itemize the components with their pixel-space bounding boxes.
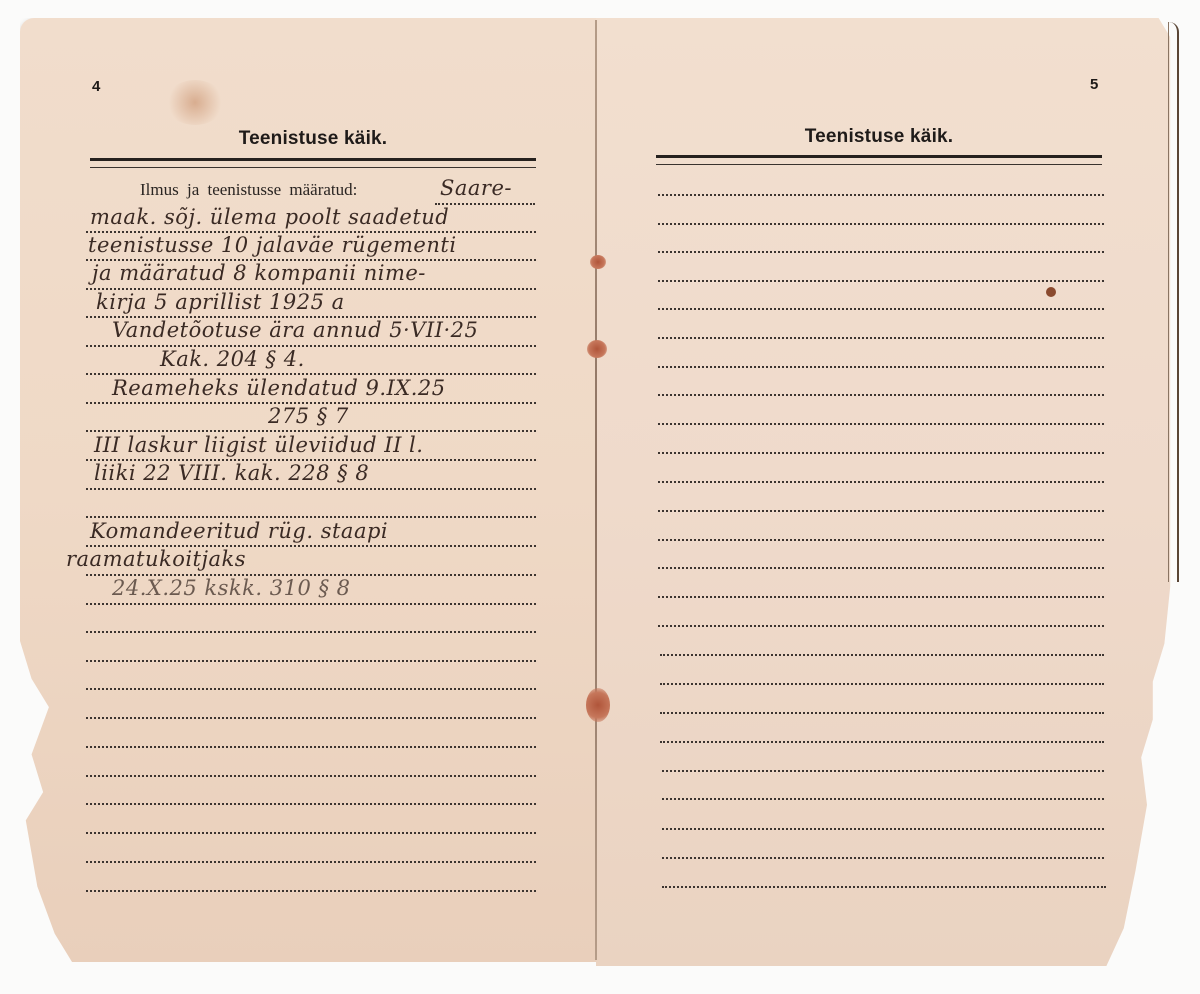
ruled-line <box>658 308 1104 310</box>
ruled-line <box>86 660 536 662</box>
ruled-line <box>660 712 1104 714</box>
ruled-line <box>658 366 1104 368</box>
title-double-rule-left <box>90 158 536 168</box>
ruled-line <box>658 452 1104 454</box>
ruled-line <box>86 631 536 633</box>
ruled-line <box>662 798 1104 800</box>
ruled-line <box>658 510 1104 512</box>
ruled-line <box>662 770 1104 772</box>
handwritten-entry: ja määratud 8 kompanii nime- <box>92 261 426 285</box>
handwritten-entry: teenistusse 10 jalaväe rügementi <box>88 233 457 257</box>
book-spine <box>595 20 597 960</box>
ruled-line <box>658 596 1104 598</box>
ruled-line <box>86 861 536 863</box>
ruled-line <box>658 423 1104 425</box>
handwritten-entry: Kak. 204 § 4. <box>160 347 305 371</box>
rust-staple-mark <box>586 688 610 722</box>
handwritten-entry: Reameheks ülendatud 9.IX.25 <box>112 376 446 400</box>
handwritten-entry: III laskur liigist üleviidud II l. <box>94 433 423 457</box>
ruled-line <box>86 430 536 432</box>
ruled-line <box>660 683 1104 685</box>
rust-staple-mark <box>587 340 607 358</box>
handwritten-entry: Saare- <box>440 176 512 200</box>
open-booklet: 4 Teenistuse käik. Ilmus ja teenistusse … <box>0 0 1200 994</box>
handwritten-entry: kirja 5 aprillist 1925 a <box>96 290 345 314</box>
ruled-line <box>86 688 536 690</box>
ruled-line <box>658 394 1104 396</box>
ruled-line <box>86 717 536 719</box>
ruled-line <box>86 803 536 805</box>
ruled-line <box>662 886 1106 888</box>
ruled-line <box>658 251 1104 253</box>
printed-label-ilmus: Ilmus ja teenistusse määratud: <box>140 180 357 200</box>
ruled-line <box>658 194 1104 196</box>
ruled-line <box>662 857 1104 859</box>
ruled-line <box>658 625 1104 627</box>
ruled-line <box>662 828 1104 830</box>
ruled-line <box>660 654 1104 656</box>
ruled-line <box>658 567 1104 569</box>
ruled-line <box>435 203 535 205</box>
ruled-line <box>86 746 536 748</box>
ruled-line <box>86 345 536 347</box>
ruled-line <box>86 890 536 892</box>
rust-staple-mark <box>590 255 606 269</box>
handwritten-entry: liiki 22 VIII. kak. 228 § 8 <box>94 461 369 485</box>
handwritten-entry: raamatukoitjaks <box>66 547 246 571</box>
ruled-line <box>86 488 536 490</box>
handwritten-entry: Vandetõotuse ära annud 5·VII·25 <box>112 318 478 342</box>
ruled-line <box>658 539 1104 541</box>
page-title-left: Teenistuse käik. <box>90 128 536 150</box>
page-number-right: 5 <box>1090 76 1098 93</box>
stain-spot <box>165 80 225 125</box>
page-stack-edge <box>1168 22 1179 582</box>
page-title-right: Teenistuse käik. <box>656 126 1102 148</box>
handwritten-entry: Komandeeritud rüg. staapi <box>90 519 388 543</box>
ruled-line <box>658 337 1104 339</box>
ruled-line <box>86 516 536 518</box>
ruled-line <box>86 373 536 375</box>
handwritten-entry: maak. sõj. ülema poolt saadetud <box>90 205 449 229</box>
ruled-line <box>660 741 1104 743</box>
page-number-left: 4 <box>92 78 100 95</box>
ruled-line <box>86 603 536 605</box>
ruled-line <box>658 223 1104 225</box>
ruled-line <box>658 481 1104 483</box>
title-double-rule-right <box>656 155 1102 165</box>
ruled-line <box>86 775 536 777</box>
handwritten-entry: 275 § 7 <box>268 404 349 428</box>
ink-spot <box>1046 287 1056 297</box>
ruled-line <box>658 280 1104 282</box>
ruled-line <box>86 832 536 834</box>
handwritten-entry: 24.X.25 kskk. 310 § 8 <box>112 576 351 600</box>
